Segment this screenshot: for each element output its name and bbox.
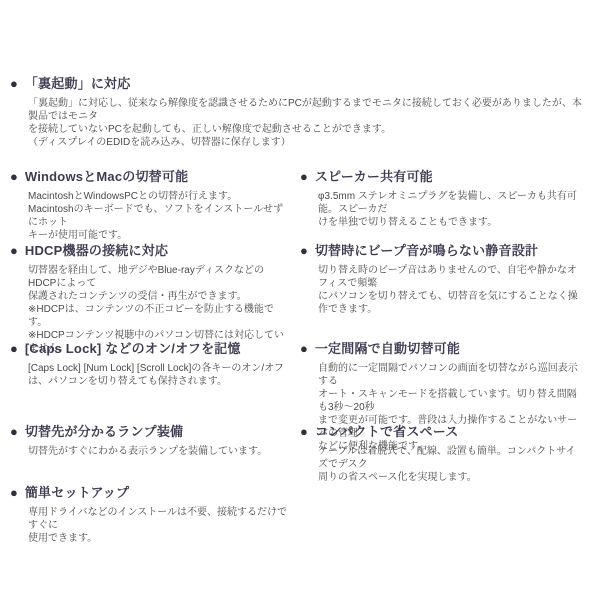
feature-description: 切り替え時のビープ音はありませんので、自宅や静かなオフィスで頻繁 にパソコンを切… [318,264,582,316]
feature-hdcp-support: ● HDCP機器の接続に対応 切替器を経由して、地デジやBlue-rayディスク… [10,243,300,341]
feature-title: HDCP機器の接続に対応 [25,243,168,259]
bullet-icon: ● [10,341,18,357]
feature-description: φ3.5mm ステレオミニプラグを装備し、スピーカも共有可能。スピーカだ けを単… [318,190,582,229]
feature-description: 専用ドライバなどのインストールは不要、接続するだけですぐに 使用できます。 [28,506,292,545]
feature-compact-space-saving: ● コンパクトで省スペース ケーブルは着脱式で、配線、設置も簡単。コンパクトサイ… [300,424,590,485]
bullet-icon: ● [300,243,308,259]
feature-speaker-share: ● スピーカー共有可能 φ3.5mm ステレオミニプラグを装備し、スピーカも共有… [300,169,590,243]
bullet-icon: ● [10,485,18,501]
feature-title: 簡単セットアップ [25,485,129,501]
bullet-icon: ● [300,169,308,185]
feature-heading: ● HDCP機器の接続に対応 [10,243,292,259]
feature-title: 「裏起動」に対応 [25,76,131,92]
feature-description: ケーブルは着脱式で、配線、設置も簡単。コンパクトサイズでデスク 周りの省スペース… [318,445,582,484]
bullet-icon: ● [10,243,18,259]
feature-description: 切替先がすぐにわかる表示ランプを装備しています。 [28,445,292,458]
feature-indicator-lamp: ● 切替先が分かるランプ装備 切替先がすぐにわかる表示ランプを装備しています。 [10,424,300,485]
feature-description: MacintoshとWindowsPCとの切替が行えます。 Macintoshの… [28,190,292,242]
bullet-icon: ● [10,169,18,185]
feature-heading: ● [Caps Lock] などのオン/オフを記憶 [10,341,292,357]
feature-win-mac-switch: ● WindowsとMacの切替可能 MacintoshとWindowsPCとの… [10,169,300,243]
feature-description: [Caps Lock] [Num Lock] [Scroll Lock]の各キー… [28,362,292,388]
feature-heading: ● WindowsとMacの切替可能 [10,169,292,185]
feature-title: 一定間隔で自動切替可能 [315,341,460,357]
feature-heading: ● 切替時にビープ音が鳴らない静音設計 [300,243,582,259]
feature-back-boot: ● 「裏起動」に対応 「裏起動」に対応し、従来なら解像度を認識させるためにPCが… [10,76,590,149]
feature-title: [Caps Lock] などのオン/オフを記憶 [25,341,241,357]
feature-title: 切替先が分かるランプ装備 [25,424,183,440]
feature-title: 切替時にビープ音が鳴らない静音設計 [315,243,538,259]
product-features-page: ● 「裏起動」に対応 「裏起動」に対応し、従来なら解像度を認識させるためにPCが… [0,0,600,600]
feature-heading: ● 「裏起動」に対応 [10,76,590,92]
feature-heading: ● 切替先が分かるランプ装備 [10,424,292,440]
feature-auto-switch: ● 一定間隔で自動切替可能 自動的に一定間隔でパソコンの画面を切替ながら巡回表示… [300,341,590,424]
feature-silent-design: ● 切替時にビープ音が鳴らない静音設計 切り替え時のビープ音はありませんので、自… [300,243,590,341]
feature-title: WindowsとMacの切替可能 [25,169,188,185]
feature-grid: ● WindowsとMacの切替可能 MacintoshとWindowsPCとの… [10,169,590,545]
bullet-icon: ● [300,424,308,440]
feature-description: 「裏起動」に対応し、従来なら解像度を認識させるためにPCが起動するまでモニタに接… [28,97,590,149]
bullet-icon: ● [10,76,18,92]
feature-easy-setup: ● 簡単セットアップ 専用ドライバなどのインストールは不要、接続するだけですぐに… [10,485,300,545]
feature-heading: ● コンパクトで省スペース [300,424,582,440]
feature-heading: ● 簡単セットアップ [10,485,292,501]
feature-heading: ● 一定間隔で自動切替可能 [300,341,582,357]
feature-capslock-memory: ● [Caps Lock] などのオン/オフを記憶 [Caps Lock] [N… [10,341,300,424]
feature-title: スピーカー共有可能 [315,169,433,185]
bullet-icon: ● [300,341,308,357]
bullet-icon: ● [10,424,18,440]
feature-title: コンパクトで省スペース [315,424,459,440]
feature-heading: ● スピーカー共有可能 [300,169,582,185]
